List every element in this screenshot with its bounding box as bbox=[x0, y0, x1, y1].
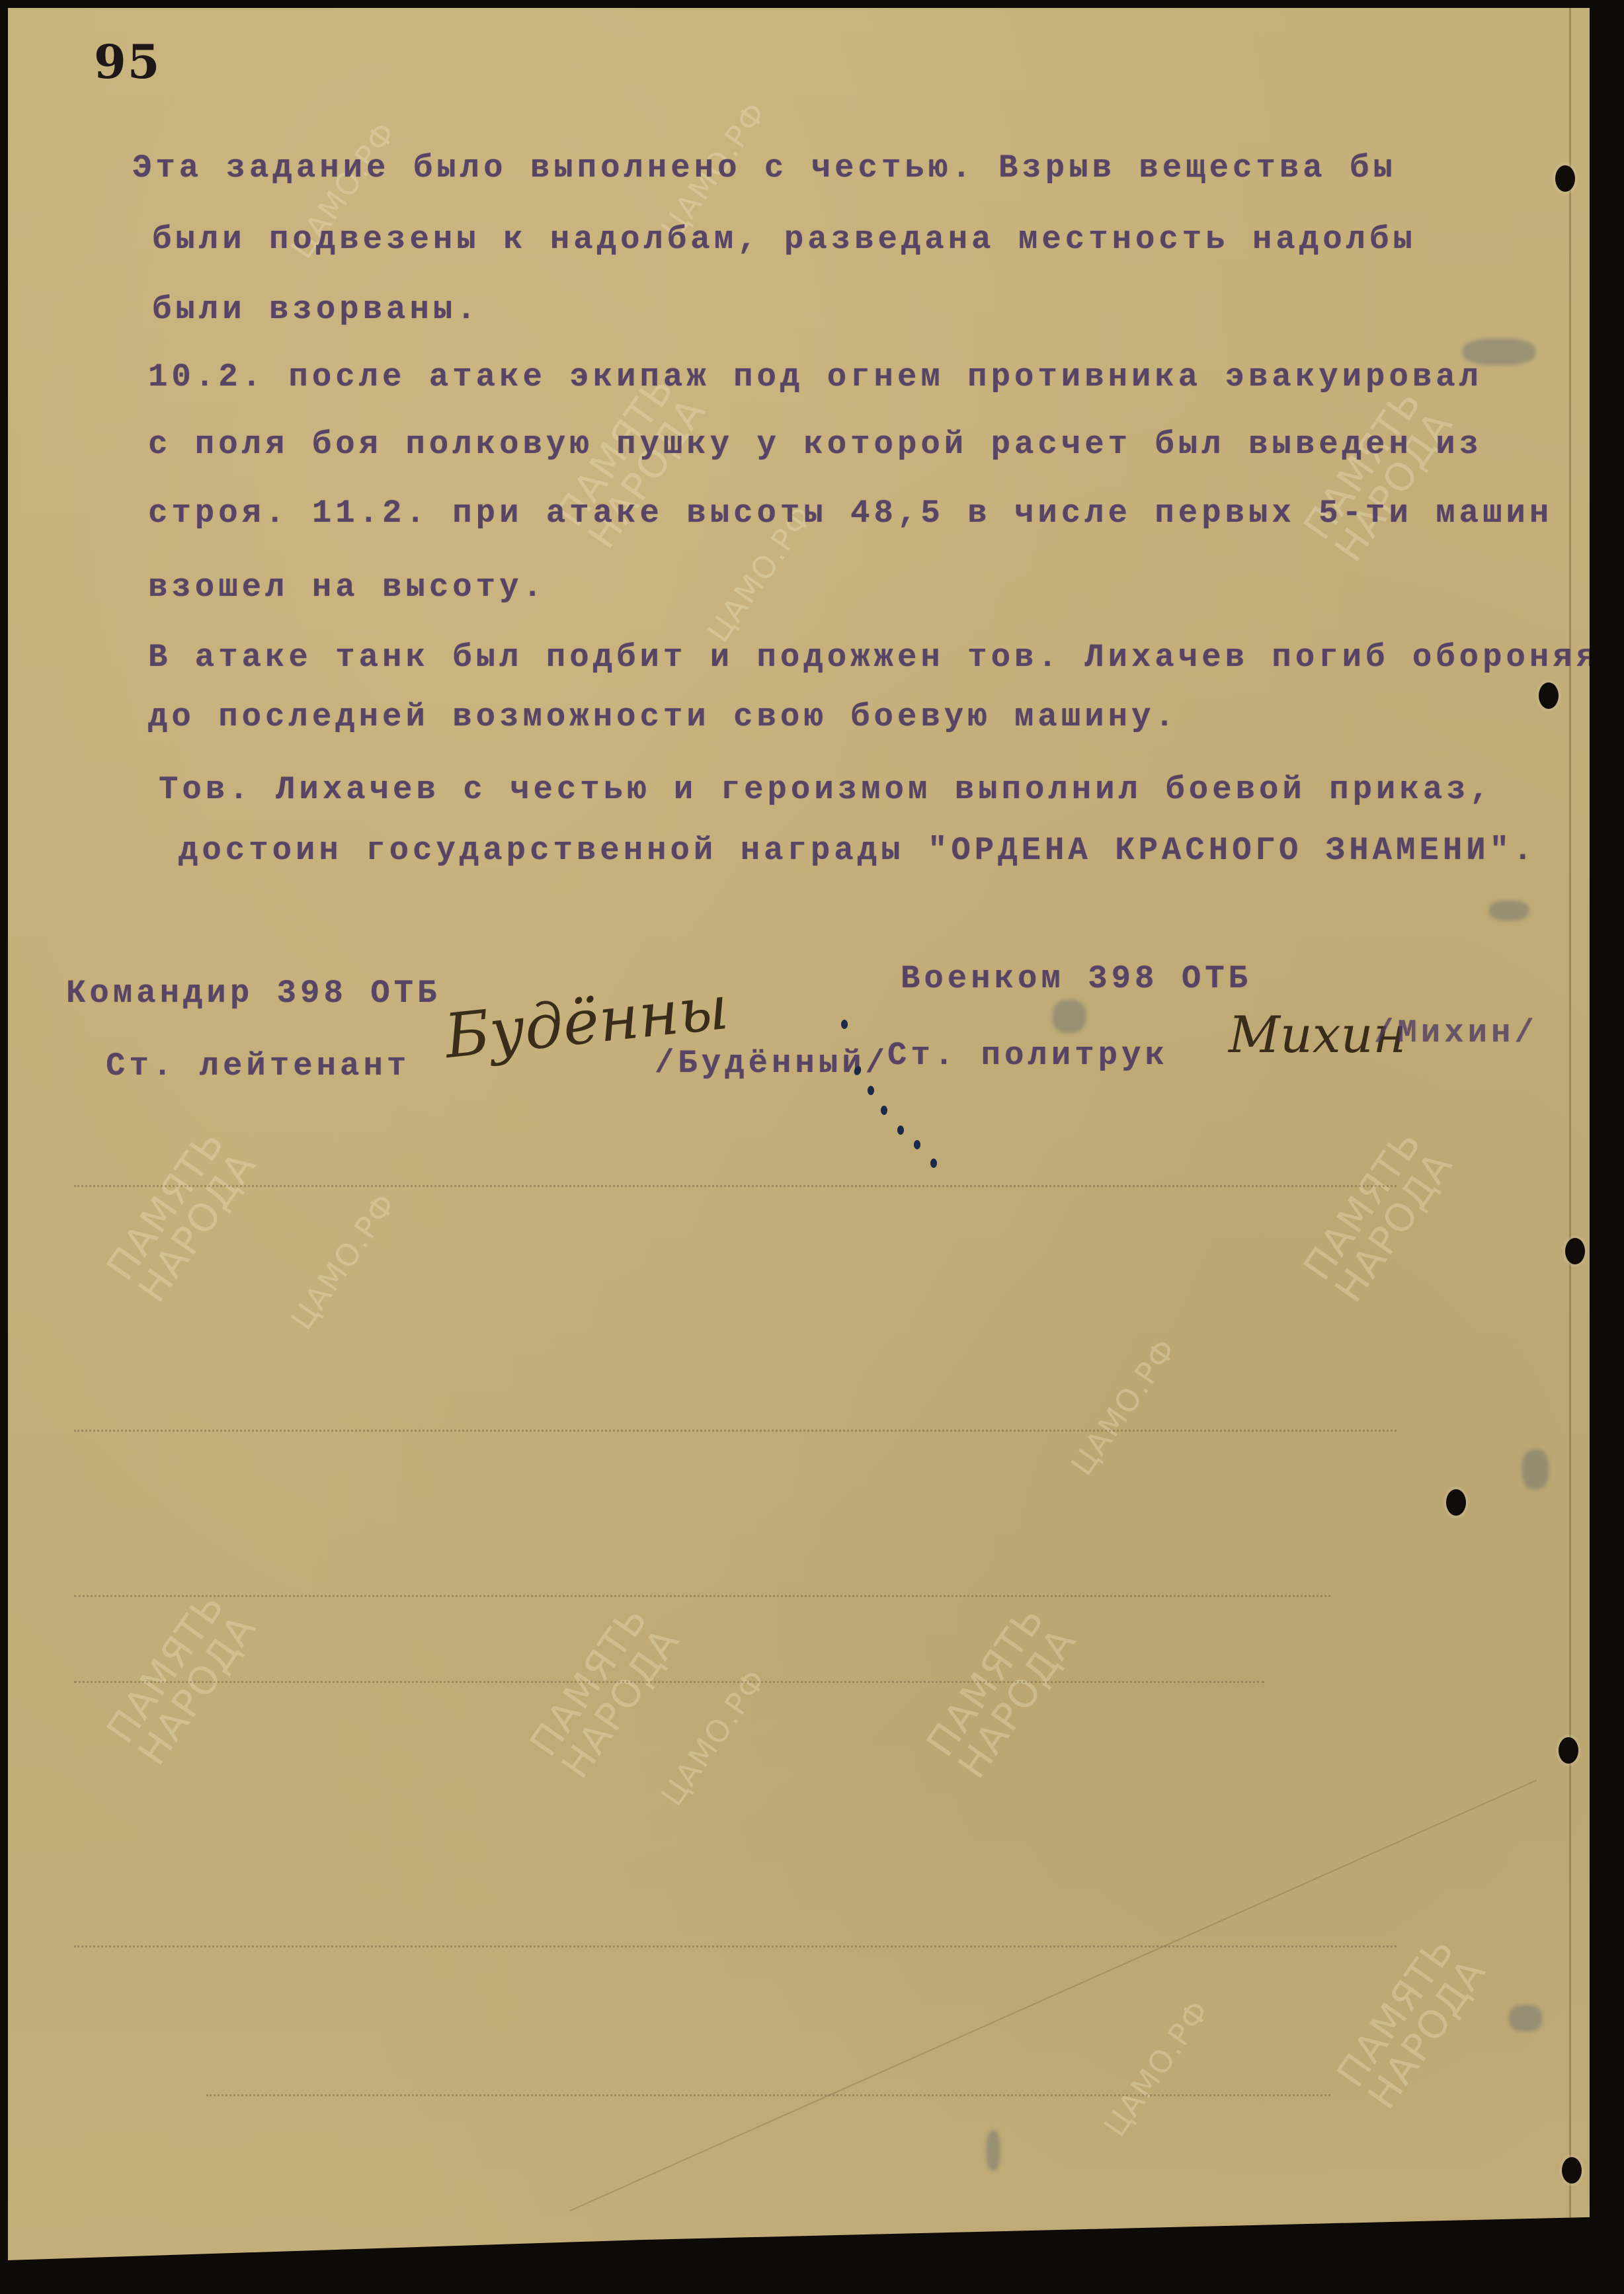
body-line: были взорваны. bbox=[152, 291, 480, 328]
bleed-through-line bbox=[74, 1430, 1397, 1432]
watermark-project: ПАМЯТЬ НАРОДА bbox=[920, 1599, 1082, 1784]
body-line: с поля боя полковую пушку у которой расч… bbox=[148, 426, 1482, 463]
binding-hole bbox=[1565, 1238, 1585, 1264]
body-line: 10.2. после атаке экипаж под огнем проти… bbox=[148, 358, 1482, 395]
stain bbox=[1463, 339, 1535, 365]
body-line: взошел на высоту. bbox=[148, 569, 546, 606]
watermark-project-line2: НАРОДА bbox=[555, 1621, 686, 1785]
watermark-project-line1: ПАМЯТЬ bbox=[101, 1586, 231, 1749]
watermark-archive: ЦАМО.РФ bbox=[1099, 1994, 1215, 2141]
body-line: до последней возможности свою боевую маш… bbox=[148, 698, 1178, 735]
ink-spot bbox=[897, 1126, 904, 1135]
ink-spot bbox=[841, 1020, 848, 1029]
watermark-project-line1: ПАМЯТЬ bbox=[1297, 1123, 1428, 1286]
watermark-archive: ЦАМО.РФ bbox=[1066, 1333, 1182, 1480]
watermark-project-line1: ПАМЯТЬ bbox=[1330, 1930, 1461, 2093]
document-page: ЦАМО.РФ ЦАМО.РФ ЦАМО.РФ ЦАМО.РФ ЦАМО.РФ … bbox=[8, 8, 1590, 2276]
paper-edge bbox=[1569, 8, 1571, 2276]
ink-spot bbox=[881, 1106, 887, 1115]
binding-hole bbox=[1555, 165, 1575, 192]
ink-spot bbox=[868, 1086, 874, 1095]
stain bbox=[1489, 901, 1529, 921]
commander-name: /Будённый/ bbox=[655, 1045, 889, 1082]
stain bbox=[1509, 2005, 1542, 2031]
ink-spot bbox=[930, 1159, 937, 1168]
body-line: достоин государственной награды "ОРДЕНА … bbox=[179, 832, 1536, 869]
bleed-through-line bbox=[74, 1595, 1330, 1597]
binding-hole bbox=[1559, 1737, 1578, 1764]
paper-crease bbox=[570, 1780, 1537, 2211]
watermark-project: ПАМЯТЬ НАРОДА bbox=[101, 1123, 263, 1308]
watermark-project-line2: НАРОДА bbox=[1362, 1952, 1492, 2115]
watermark-project: ПАМЯТЬ НАРОДА bbox=[101, 1586, 263, 1771]
watermark-project: ПАМЯТЬ НАРОДА bbox=[524, 1599, 686, 1784]
page-number: 95 bbox=[94, 34, 161, 89]
binding-hole bbox=[1539, 682, 1559, 709]
watermark-archive: ЦАМО.РФ bbox=[656, 1664, 772, 1811]
commissar-name: /Михин/ bbox=[1374, 1014, 1538, 1051]
body-line: Тов. Лихачев с честью и героизмом выполн… bbox=[159, 771, 1493, 808]
stain bbox=[1053, 1000, 1086, 1033]
watermark-project: ПАМЯТЬ НАРОДА bbox=[1297, 382, 1459, 567]
binding-hole bbox=[1446, 1489, 1466, 1516]
watermark-project-line2: НАРОДА bbox=[1329, 1145, 1459, 1309]
watermark-project: ПАМЯТЬ НАРОДА bbox=[1330, 1930, 1492, 2115]
stain bbox=[987, 2131, 1000, 2170]
watermark-archive: ЦАМО.РФ bbox=[286, 1188, 401, 1334]
watermark-project-line2: НАРОДА bbox=[132, 1608, 263, 1772]
binding-hole bbox=[1562, 2157, 1582, 2184]
bleed-through-line bbox=[74, 1681, 1264, 1683]
watermark-project: ПАМЯТЬ НАРОДА bbox=[1297, 1123, 1459, 1308]
commander-title: Командир 398 ОТБ bbox=[66, 975, 440, 1012]
bleed-through-line bbox=[206, 2094, 1330, 2096]
body-line: В атаке танк был подбит и подожжен тов. … bbox=[148, 639, 1590, 676]
watermark-project-line2: НАРОДА bbox=[132, 1145, 263, 1309]
commissar-rank: Ст. политрук bbox=[887, 1037, 1168, 1074]
body-line: были подвезены к надолбам, разведана мес… bbox=[152, 221, 1416, 258]
ink-spot bbox=[914, 1140, 920, 1149]
bleed-through-line bbox=[74, 1946, 1397, 1947]
commander-rank: Ст. лейтенант bbox=[106, 1047, 410, 1085]
watermark-project-line2: НАРОДА bbox=[952, 1621, 1082, 1785]
bleed-through-line bbox=[74, 1185, 1397, 1187]
body-line: строя. 11.2. при атаке высоты 48,5 в чис… bbox=[148, 495, 1553, 532]
stain bbox=[1522, 1450, 1549, 1489]
watermark-project-line1: ПАМЯТЬ bbox=[101, 1123, 231, 1286]
body-line: Эта задание было выполнено с честью. Взр… bbox=[132, 149, 1397, 186]
commissar-title: Военком 398 ОТБ bbox=[901, 960, 1252, 997]
